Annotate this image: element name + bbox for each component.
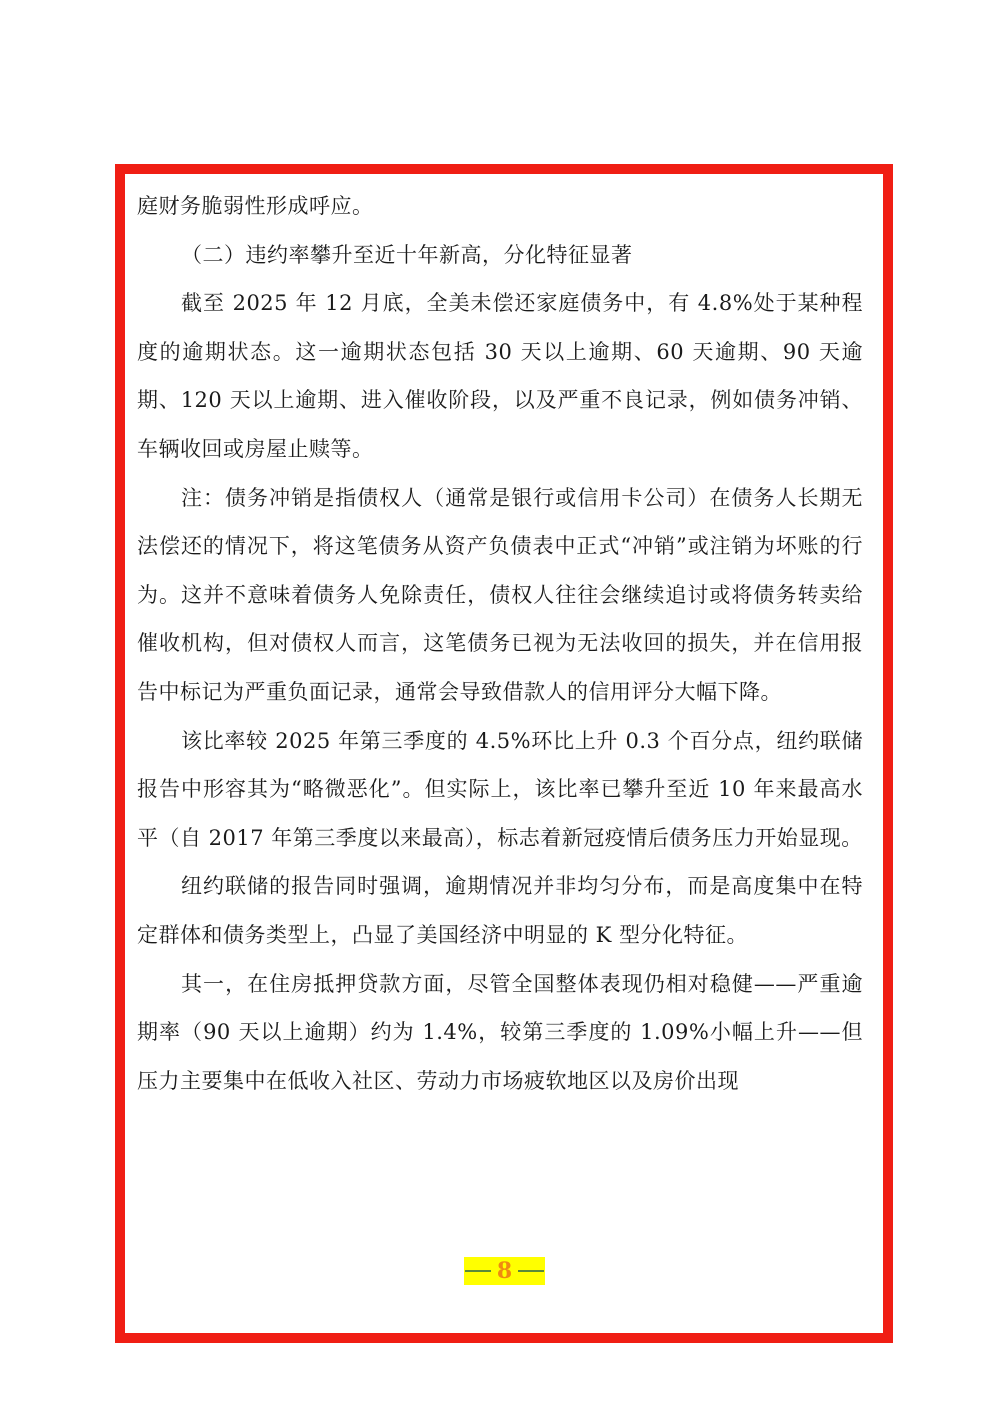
paragraph-continuation: 庭财务脆弱性形成呼应。 <box>137 182 863 231</box>
page-number-badge: 8 <box>464 1257 545 1285</box>
dash-right-icon <box>518 1270 544 1272</box>
paragraph-delinquency-rate: 截至 2025 年 12 月底，全美未偿还家庭债务中，有 4.8%处于某种程度的… <box>137 279 863 473</box>
dash-left-icon <box>465 1270 491 1272</box>
paragraph-rate-comparison: 该比率较 2025 年第三季度的 4.5%环比上升 0.3 个百分点，纽约联储报… <box>137 717 863 863</box>
section-heading: （二）违约率攀升至近十年新高，分化特征显著 <box>137 231 863 280</box>
paragraph-note-charge-off: 注：债务冲销是指债权人（通常是银行或信用卡公司）在债务人长期无法偿还的情况下，将… <box>137 474 863 717</box>
document-body: 庭财务脆弱性形成呼应。 （二）违约率攀升至近十年新高，分化特征显著 截至 202… <box>137 182 863 1105</box>
paragraph-k-shaped: 纽约联储的报告同时强调，逾期情况并非均匀分布，而是高度集中在特定群体和债务类型上… <box>137 862 863 959</box>
page-number: 8 <box>497 1257 512 1285</box>
paragraph-mortgage: 其一，在住房抵押贷款方面，尽管全国整体表现仍相对稳健——严重逾期率（90 天以上… <box>137 960 863 1106</box>
